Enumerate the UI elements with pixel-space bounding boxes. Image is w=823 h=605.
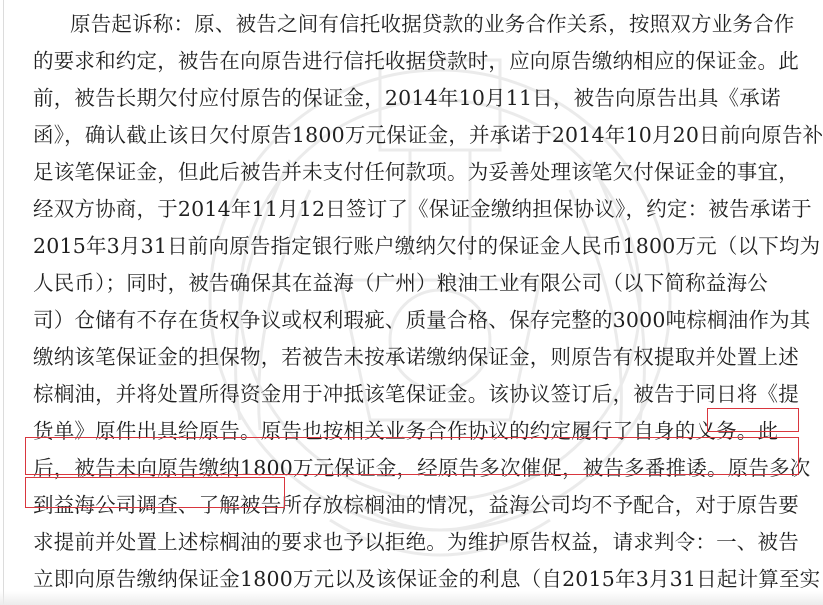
bottom-fade [0, 591, 823, 605]
text-line: 原告起诉称：原、被告之间有信托收据贷款的业务合作关系，按照双方业务合作 [70, 7, 795, 41]
text-line: 棕榈油，并将处置所得资金用于冲抵该笔保证金。该协议签订后，被告于同日将《提 [33, 377, 799, 411]
text-line: 经双方协商，于2014年11月12日签订了《保证金缴纳担保协议》，约定：被告承诺… [33, 192, 812, 226]
text-line: 货单》原件出具给原告。原告也按相关业务合作协议的约定履行了自身的义务。此 [33, 414, 778, 448]
text-line: 求提前并处置上述棕榈油的要求也予以拒绝。为维护原告权益，请求判令：一、被告 [33, 525, 799, 559]
text-line: 人民币）；同时，被告确保其在益海（广州）粮油工业有限公司（以下简称益海公 [33, 266, 768, 300]
text-line: 后，被告未向原告缴纳1800万元保证金，经原告多次催促，被告多番推诿。原告多次 [33, 451, 810, 485]
document-page: 原告起诉称：原、被告之间有信托收据贷款的业务合作关系，按照双方业务合作 的要求和… [0, 0, 823, 605]
text-line: 前，被告长期欠付应付原告的保证金，2014年10月11日，被告向原告出具《承诺 [33, 81, 781, 115]
left-border-rule [3, 0, 4, 605]
text-line: 缴纳该笔保证金的担保物，若被告未按承诺缴纳保证金，则原告有权提取并处置上述 [33, 340, 799, 374]
text-line: 足该笔保证金，但此后被告并未支付任何款项。为妥善处理该笔欠付保证金的事宜， [33, 155, 799, 189]
text-line: 函》，确认截止该日欠付原告1800万元保证金，并承诺于2014年10月20日前向… [33, 118, 823, 152]
text-line: 2015年3月31日前向原告指定银行账户缴纳欠付的保证金人民币1800万元（以下… [33, 229, 820, 263]
text-line: 到益海公司调查、了解被告所存放棕榈油的情况，益海公司均不予配合，对于原告要 [33, 488, 799, 522]
text-line: 司）仓储有不存在货权争议或权利瑕疵、质量合格、保存完整的3000吨棕榈油作为其 [33, 303, 810, 337]
text-line: 的要求和约定，被告在向原告进行信托收据贷款时，应向原告缴纳相应的保证金。此 [33, 44, 799, 78]
